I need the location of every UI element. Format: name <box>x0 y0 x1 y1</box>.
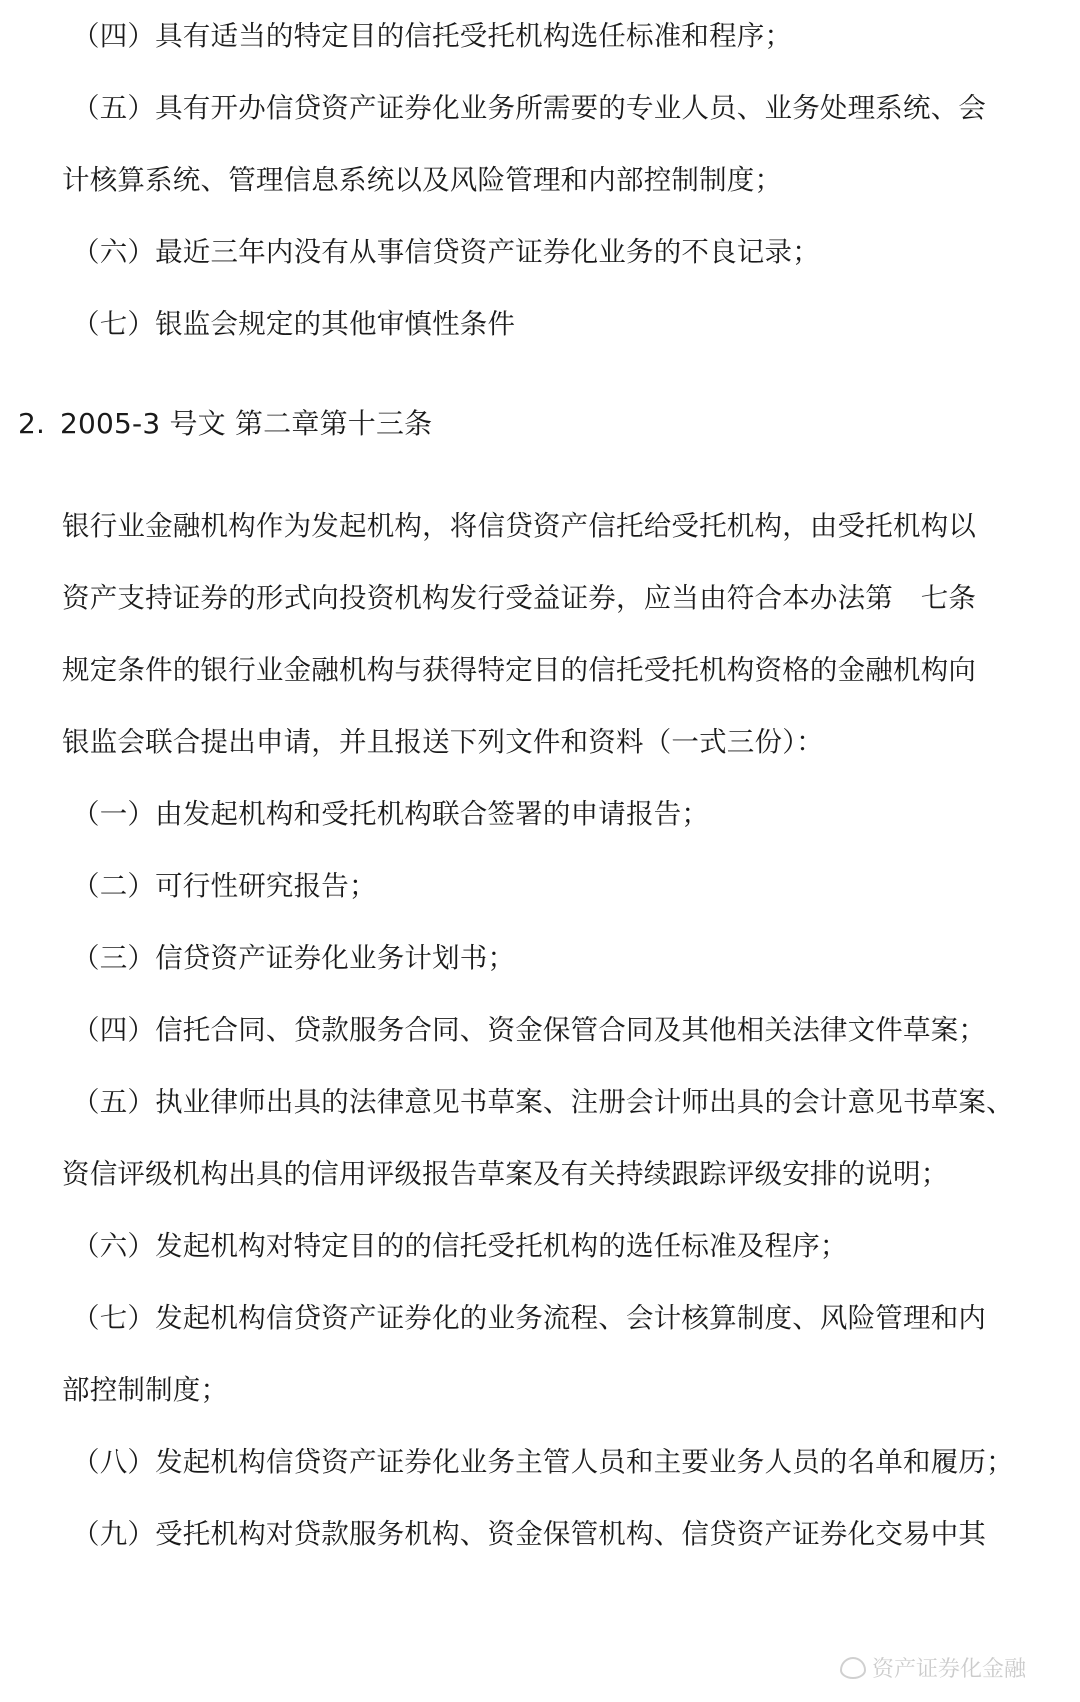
list-item: （七）发起机构信贷资产证券化的业务流程、会计核算制度、风险管理和内 <box>72 1298 986 1338</box>
list-item: （四）具有适当的特定目的信托受托机构选任标准和程序； <box>72 16 792 56</box>
list-item-continuation: 计核算系统、管理信息系统以及风险管理和内部控制制度； <box>62 160 782 200</box>
watermark-text: 资产证券化金融 <box>872 1652 1026 1683</box>
list-item: （七）银监会规定的其他审慎性条件 <box>72 304 515 344</box>
list-item-continuation: 资信评级机构出具的信用评级报告草案及有关持续跟踪评级安排的说明； <box>62 1154 948 1194</box>
paragraph-line: 资产支持证券的形式向投资机构发行受益证券，应当由符合本办法第 七条 <box>62 578 976 618</box>
list-item: （三）信贷资产证券化业务计划书； <box>72 938 515 978</box>
list-item: （六）最近三年内没有从事信贷资产证券化业务的不良记录； <box>72 232 820 272</box>
section-number: 2. <box>18 404 60 444</box>
list-item: （二）可行性研究报告； <box>72 866 377 906</box>
section-title: 2005-3 号文 第二章第十三条 <box>60 407 432 440</box>
list-item: （五）执业律师出具的法律意见书草案、注册会计师出具的会计意见书草案、 <box>72 1082 1014 1122</box>
paragraph-line: 银监会联合提出申请，并且报送下列文件和资料（一式三份）： <box>62 722 824 762</box>
paragraph-line: 规定条件的银行业金融机构与获得特定目的信托受托机构资格的金融机构向 <box>62 650 976 690</box>
watermark: 资产证券化金融 <box>840 1652 1026 1683</box>
list-item: （五）具有开办信贷资产证券化业务所需要的专业人员、业务处理系统、会 <box>72 88 986 128</box>
list-item-continuation: 部控制制度； <box>62 1370 228 1410</box>
list-item: （四）信托合同、贷款服务合同、资金保管合同及其他相关法律文件草案； <box>72 1010 986 1050</box>
section-heading: 2.2005-3 号文 第二章第十三条 <box>18 404 432 444</box>
wechat-icon <box>840 1657 866 1679</box>
paragraph-line: 银行业金融机构作为发起机构，将信贷资产信托给受托机构，由受托机构以 <box>62 506 976 546</box>
list-item: （六）发起机构对特定目的的信托受托机构的选任标准及程序； <box>72 1226 848 1266</box>
list-item: （九）受托机构对贷款服务机构、资金保管机构、信贷资产证券化交易中其 <box>72 1514 986 1554</box>
list-item: （八）发起机构信贷资产证券化业务主管人员和主要业务人员的名单和履历； <box>72 1442 1014 1482</box>
list-item: （一）由发起机构和受托机构联合签署的申请报告； <box>72 794 709 834</box>
